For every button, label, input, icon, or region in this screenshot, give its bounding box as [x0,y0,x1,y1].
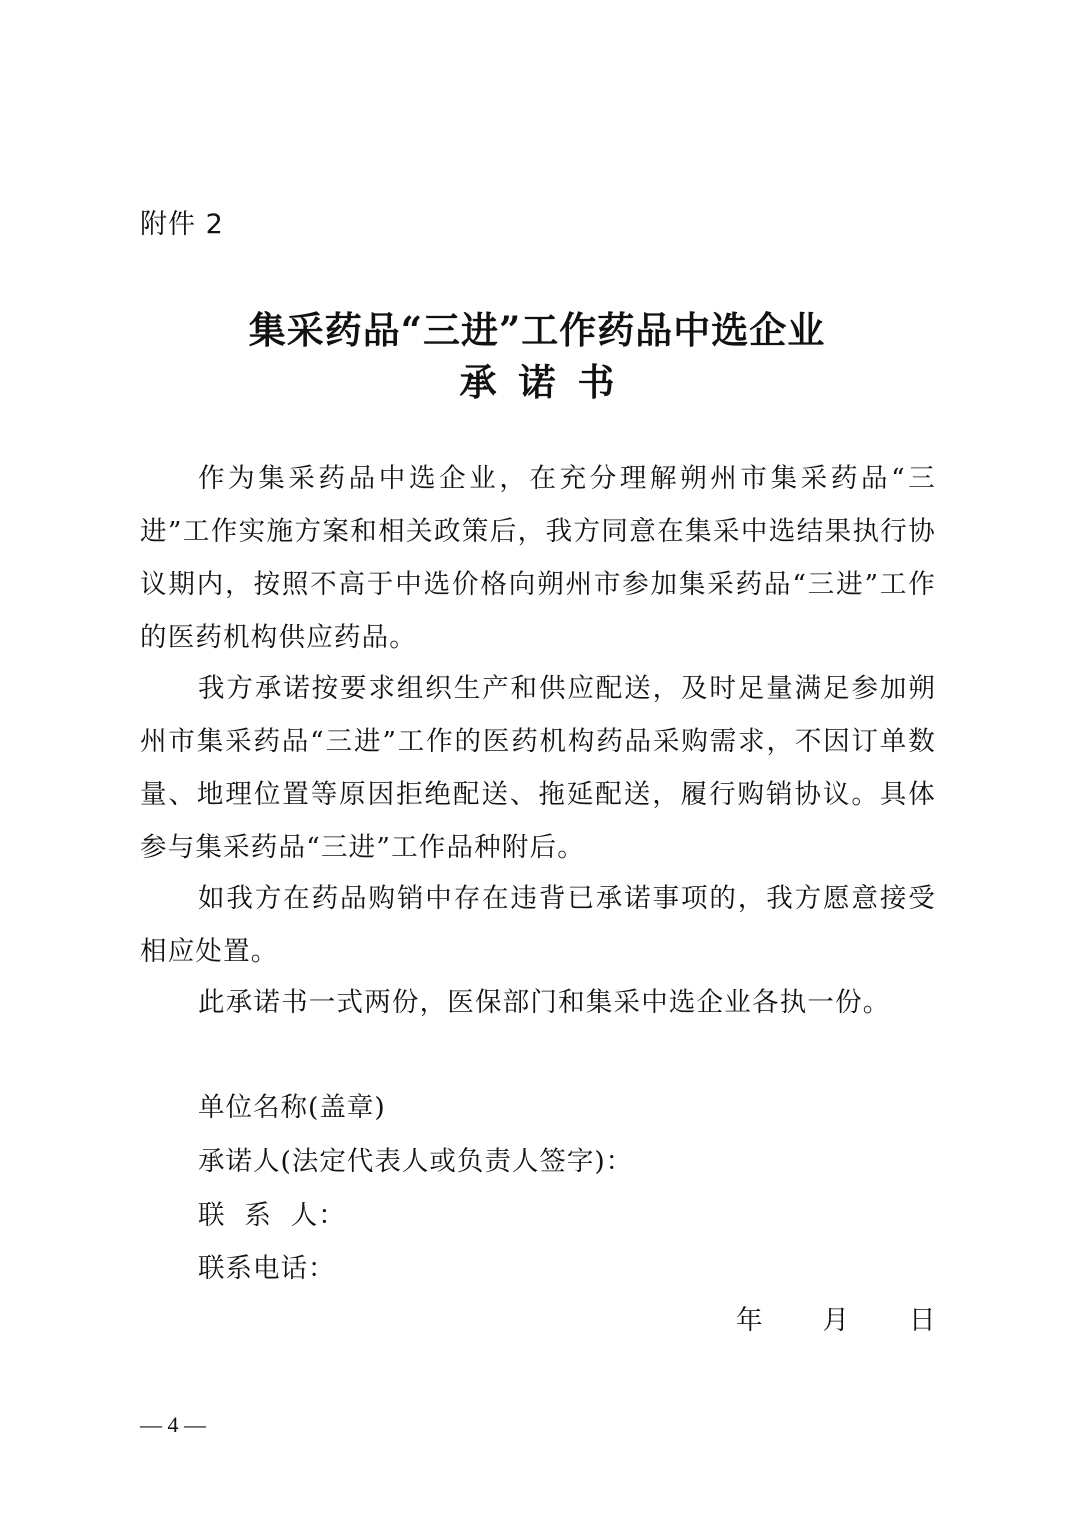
body-paragraph-2: 我方承诺按要求组织生产和供应配送，及时足量满足参加朔州市集采药品“三进”工作的医… [140,662,936,874]
document-page: 附件 2 集采药品“三进”工作药品中选企业 承诺书 作为集采药品中选企业，在充分… [0,0,1074,1520]
signature-field-unit-name: 单位名称(盖章) [198,1085,386,1124]
signature-field-contact-person: 联 系 人： [198,1193,346,1232]
signature-field-contact-phone: 联系电话： [198,1246,336,1285]
body-paragraph-4: 此承诺书一式两份，医保部门和集采中选企业各执一份。 [140,976,936,1029]
paragraph-text: 作为集采药品中选企业，在充分理解朔州市集采药品“三进”工作实施方案和相关政策后，… [140,452,936,664]
body-paragraph-3: 如我方在药品购销中存在违背已承诺事项的，我方愿意接受相应处置。 [140,872,936,978]
date-year: 年 [736,1298,763,1337]
date-month: 月 [823,1298,850,1337]
page-number: — 4 — [140,1412,206,1438]
signature-field-promisor: 承诺人(法定代表人或负责人签字)： [198,1139,633,1178]
attachment-label: 附件 2 [140,202,224,241]
date-day: 日 [909,1298,936,1337]
paragraph-text: 我方承诺按要求组织生产和供应配送，及时足量满足参加朔州市集采药品“三进”工作的医… [140,662,936,874]
document-title-line1: 集采药品“三进”工作药品中选企业 [0,300,1074,354]
paragraph-text: 如我方在药品购销中存在违背已承诺事项的，我方愿意接受相应处置。 [140,872,936,978]
body-paragraph-1: 作为集采药品中选企业，在充分理解朔州市集采药品“三进”工作实施方案和相关政策后，… [140,452,936,664]
document-title-line2: 承诺书 [0,352,1074,406]
paragraph-text: 此承诺书一式两份，医保部门和集采中选企业各执一份。 [140,976,936,1029]
date-line: 年 月 日 [736,1298,936,1337]
